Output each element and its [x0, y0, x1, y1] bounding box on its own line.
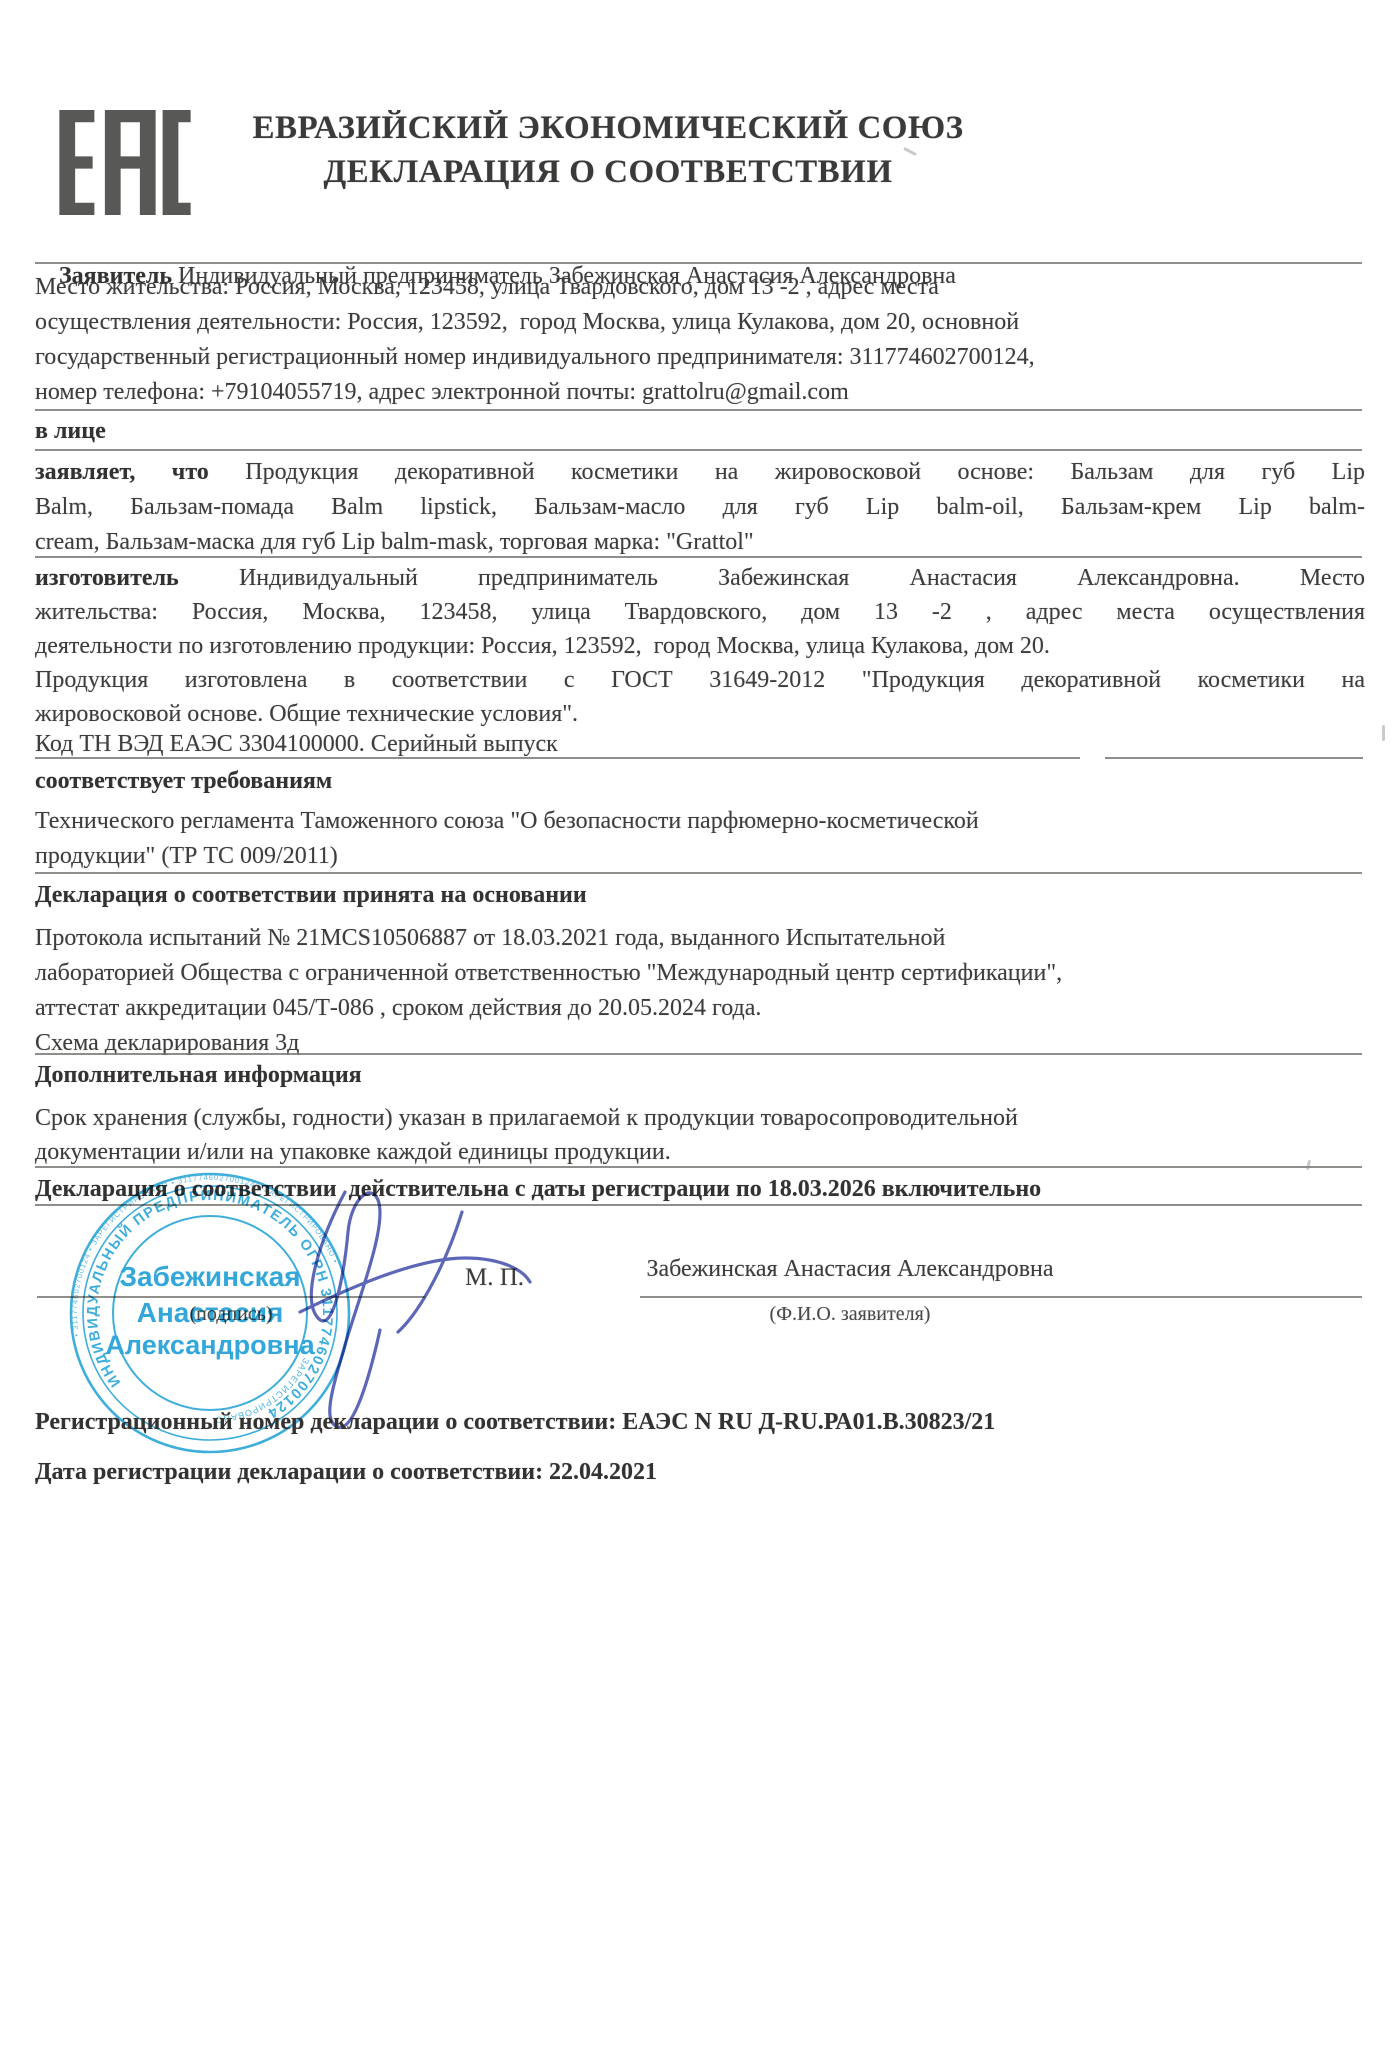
text-line: осуществления деятельности: Россия, 1235…	[35, 305, 1365, 340]
text-line: жительства: Россия, Москва, 123458, улиц…	[35, 595, 1365, 629]
residence-paragraph: Место жительства: Россия, Москва, 123458…	[35, 270, 1365, 410]
scheme-line: Схема декларирования 3д	[35, 1026, 299, 1061]
text-line: Продукция изготовлена в соответствии с Г…	[35, 663, 1365, 697]
fio-caption: (Ф.И.О. заявителя)	[640, 1302, 1060, 1326]
regulation-paragraph: Технического регламента Таможенного союз…	[35, 804, 1365, 874]
registration-number-line: Регистрационный номер декларации о соотв…	[35, 1405, 995, 1440]
title-line-2: ДЕКЛАРАЦИЯ О СООТВЕТСТВИИ	[0, 150, 1216, 194]
rule	[35, 262, 1362, 264]
text-line: заявляет, что Продукция декоративной кос…	[35, 455, 1365, 490]
text-line: деятельности по изготовлению продукции: …	[35, 629, 1365, 663]
declaration-document: ЕВРАЗИЙСКИЙ ЭКОНОМИЧЕСКИЙ СОЮЗ ДЕКЛАРАЦИ…	[0, 0, 1392, 2048]
manufacturer-label: изготовитель	[35, 565, 179, 591]
text-line: жировосковой основе. Общие технические у…	[35, 697, 1365, 731]
text-line: Протокола испытаний № 21MCS10506887 от 1…	[35, 921, 1365, 956]
text-line: аттестат аккредитации 045/Т-086 , сроком…	[35, 991, 1365, 1026]
text-line: изготовитель Индивидуальный предпринимат…	[35, 561, 1365, 595]
rule	[1105, 757, 1363, 759]
complies-heading: соответствует требованиям	[35, 764, 332, 799]
scan-artifact	[1382, 725, 1385, 741]
text-line: Место жительства: Россия, Москва, 123458…	[35, 270, 1365, 305]
text-line: лабораторией Общества с ограниченной отв…	[35, 956, 1365, 991]
additional-heading: Дополнительная информация	[35, 1058, 362, 1093]
rule	[35, 872, 1362, 874]
rule	[35, 449, 1362, 451]
storage-paragraph: Срок хранения (службы, годности) указан …	[35, 1101, 1365, 1169]
rule	[35, 409, 1362, 411]
text-line: cream, Бальзам-маска для губ Lip balm-ma…	[35, 525, 1365, 560]
fio-name: Забежинская Анастасия Александровна	[640, 1256, 1060, 1283]
rule	[35, 556, 1362, 558]
declares-paragraph: заявляет, что Продукция декоративной кос…	[35, 455, 1365, 560]
rule	[35, 1053, 1362, 1055]
text-line: Balm, Бальзам-помада Balm lipstick, Баль…	[35, 490, 1365, 525]
text-line: государственный регистрационный номер ин…	[35, 340, 1365, 375]
declares-label: заявляет, что	[35, 459, 209, 485]
protocol-paragraph: Протокола испытаний № 21MCS10506887 от 1…	[35, 921, 1365, 1026]
text-line: Технического регламента Таможенного союз…	[35, 804, 1365, 839]
manufacturer-paragraph: изготовитель Индивидуальный предпринимат…	[35, 561, 1365, 731]
rule	[35, 757, 1080, 759]
registration-date-line: Дата регистрации декларации о соответств…	[35, 1455, 657, 1490]
basis-heading: Декларация о соответствии принята на осн…	[35, 878, 587, 913]
text-line: продукции" (ТР ТС 009/2011)	[35, 839, 1365, 874]
in-person-heading: в лице	[35, 414, 106, 449]
manufacturer-text: Индивидуальный предприниматель Забежинск…	[179, 565, 1365, 591]
title-line-1: ЕВРАЗИЙСКИЙ ЭКОНОМИЧЕСКИЙ СОЮЗ	[0, 106, 1216, 150]
document-title: ЕВРАЗИЙСКИЙ ЭКОНОМИЧЕСКИЙ СОЮЗ ДЕКЛАРАЦИ…	[0, 106, 1216, 194]
text-line: Срок хранения (службы, годности) указан …	[35, 1101, 1365, 1135]
declares-text: Продукция декоративной косметики на жиро…	[209, 459, 1365, 485]
fio-line	[640, 1296, 1362, 1298]
text-line: номер телефона: +79104055719, адрес элек…	[35, 375, 1365, 410]
